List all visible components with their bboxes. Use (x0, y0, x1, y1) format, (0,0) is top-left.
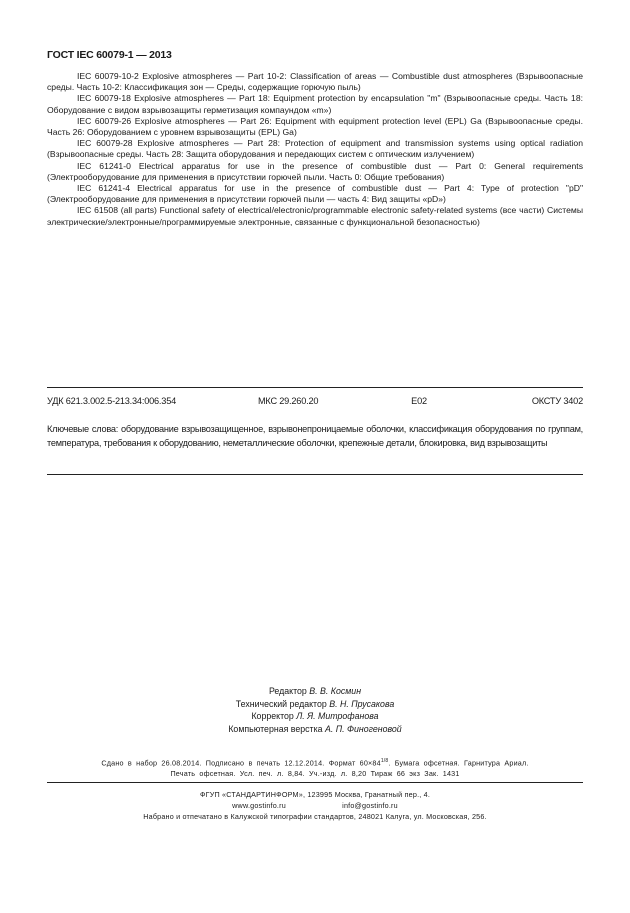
reference-item: IEC 60079-28 Explosive atmospheres — Par… (47, 138, 583, 160)
mks-code: МКС 29.260.20 (238, 396, 401, 406)
print-imprint: Сдано в набор 26.08.2014. Подписано в пе… (47, 756, 583, 779)
publisher-info: ФГУП «СТАНДАРТИНФОРМ», 123995 Москва, Гр… (47, 790, 583, 822)
okstu-code: ОКСТУ 3402 (488, 396, 583, 406)
editor-name: Л. Я. Митрофанова (296, 711, 378, 721)
normative-references-list: IEC 60079-10-2 Explosive atmospheres — P… (47, 71, 583, 228)
imprint-text: Сдано в набор 26.08.2014. Подписано в пе… (101, 758, 380, 767)
editor-line: Редактор В. В. Космин (0, 685, 630, 698)
email-link[interactable]: info@gostinfo.ru (342, 801, 398, 810)
divider-bottom (47, 782, 583, 783)
publisher-contacts: www.gostinfo.ruinfo@gostinfo.ru (47, 801, 583, 812)
divider-top (47, 387, 583, 388)
printer-info: Набрано и отпечатано в Калужской типогра… (47, 812, 583, 823)
category-code: Е02 (401, 396, 487, 406)
document-page: ГОСТ IEC 60079-1 — 2013 IEC 60079-10-2 E… (0, 0, 630, 913)
classification-codes: УДК 621.3.002.5-213.34:006.354 МКС 29.26… (47, 396, 583, 406)
imprint-line-2: Печать офсетная. Усл. печ. л. 8,84. Уч.-… (47, 769, 583, 780)
keywords-paragraph: Ключевые слова: оборудование взрывозащищ… (47, 423, 583, 450)
reference-item: IEC 60079-26 Explosive atmospheres — Par… (47, 116, 583, 138)
editor-line: Корректор Л. Я. Митрофанова (0, 710, 630, 723)
editor-role: Технический редактор (236, 699, 327, 709)
website-link[interactable]: www.gostinfo.ru (232, 801, 342, 812)
editor-line: Компьютерная верстка А. П. Финогеновой (0, 723, 630, 736)
divider-middle (47, 474, 583, 475)
editor-role: Корректор (251, 711, 293, 721)
editor-name: А. П. Финогеновой (325, 724, 402, 734)
reference-item: IEC 61241-4 Electrical apparatus for use… (47, 183, 583, 205)
reference-item: IEC 60079-10-2 Explosive atmospheres — P… (47, 71, 583, 93)
reference-item: IEC 61241-0 Electrical apparatus for use… (47, 161, 583, 183)
reference-item: IEC 60079-18 Explosive atmospheres — Par… (47, 93, 583, 115)
imprint-text: . Бумага офсетная. Гарнитура Ариал. (388, 758, 528, 767)
editor-name: В. Н. Прусакова (329, 699, 394, 709)
editor-name: В. В. Космин (309, 686, 361, 696)
standard-title-header: ГОСТ IEC 60079-1 — 2013 (47, 49, 172, 61)
editorial-credits: Редактор В. В. Космин Технический редакт… (0, 685, 630, 735)
editor-line: Технический редактор В. Н. Прусакова (0, 698, 630, 711)
imprint-line-1: Сдано в набор 26.08.2014. Подписано в пе… (47, 756, 583, 769)
editor-role: Компьютерная верстка (228, 724, 322, 734)
reference-item: IEC 61508 (all parts) Functional safety … (47, 205, 583, 227)
udk-code: УДК 621.3.002.5-213.34:006.354 (47, 396, 238, 406)
publisher-address: ФГУП «СТАНДАРТИНФОРМ», 123995 Москва, Гр… (47, 790, 583, 801)
editor-role: Редактор (269, 686, 307, 696)
